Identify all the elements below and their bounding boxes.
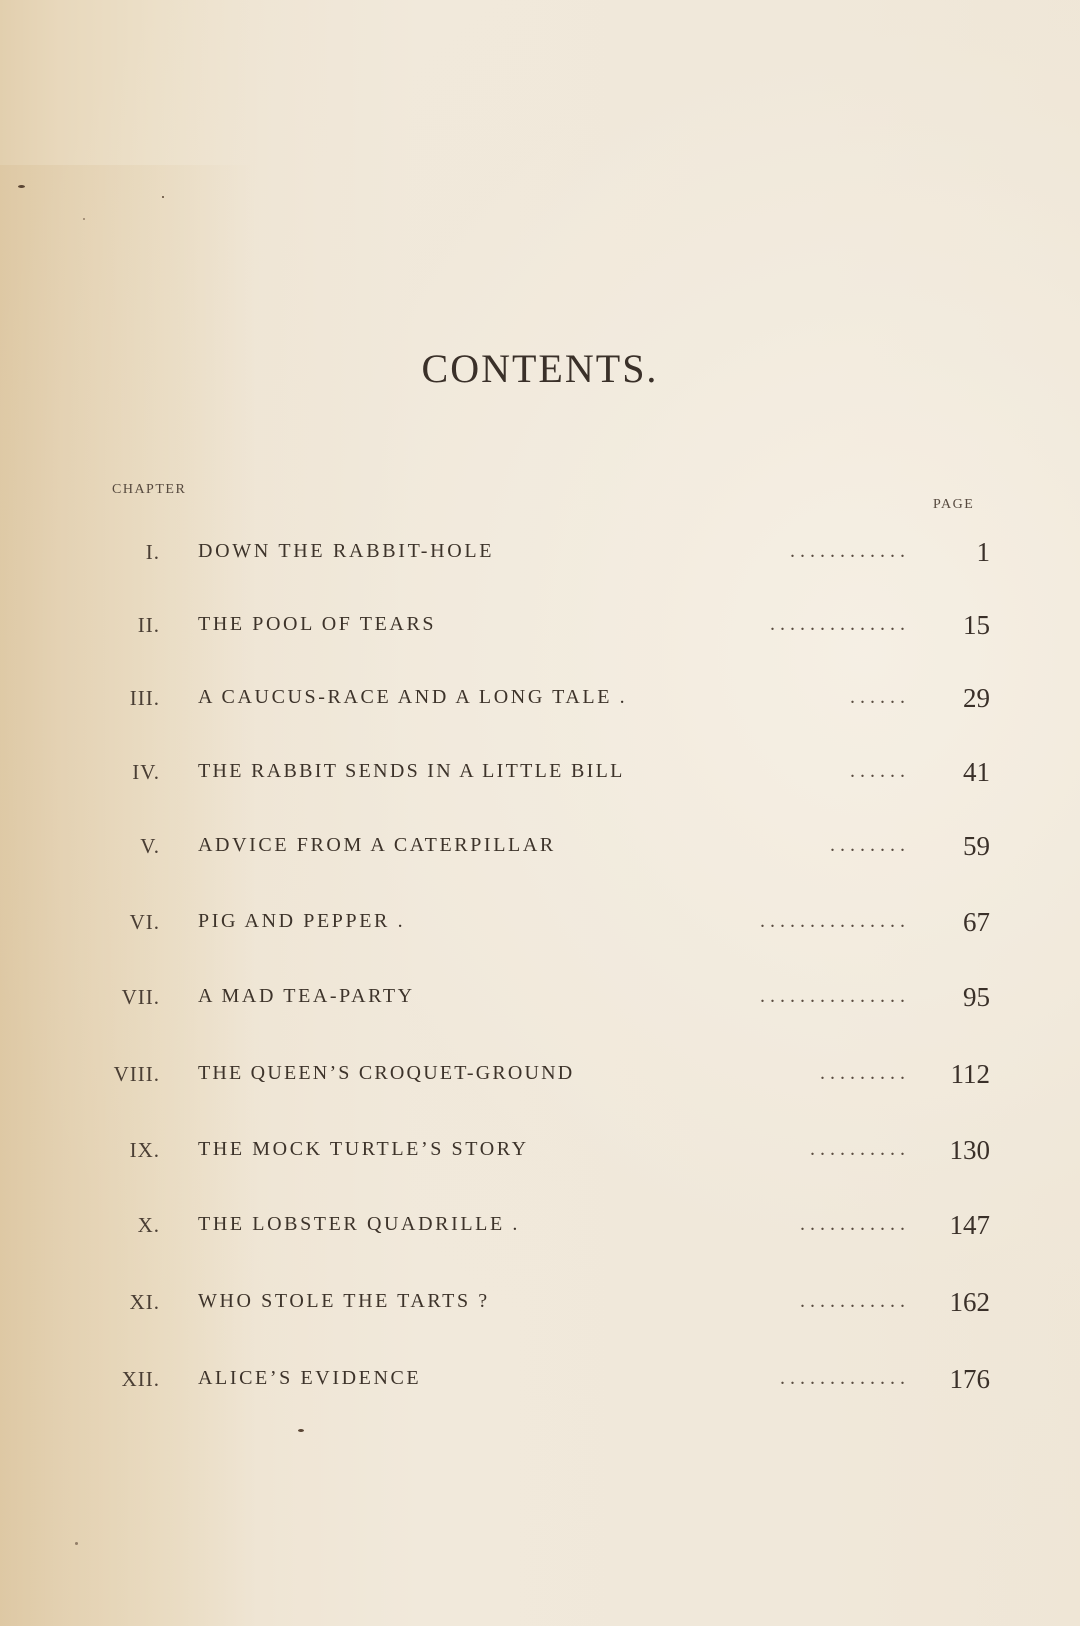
- dot-leaders: . . . . . . . . . . . . . . .: [760, 985, 905, 1008]
- page-number: 112: [951, 1059, 991, 1090]
- chapter-title: THE LOBSTER QUADRILLE .: [198, 1213, 520, 1236]
- page-number: 59: [963, 831, 990, 862]
- chapter-title: PIG AND PEPPER .: [198, 910, 405, 933]
- page-number: 95: [963, 982, 990, 1013]
- chapter-numeral: X.: [138, 1213, 160, 1238]
- page-number: 29: [963, 683, 990, 714]
- toc-entry: V. ADVICE FROM A CATERPILLAR . . . . . .…: [0, 834, 1080, 874]
- chapter-numeral: VIII.: [114, 1062, 160, 1087]
- dot-leaders: . . . . . . . . . . . . . . .: [760, 910, 905, 933]
- dot-leaders: . . . . . . . . . . .: [800, 1213, 905, 1236]
- dot-leaders: . . . . . . . . . .: [810, 1138, 905, 1161]
- page-number: 1: [977, 537, 991, 568]
- chapter-title: THE POOL OF TEARS: [198, 613, 436, 636]
- page-number: 130: [950, 1135, 991, 1166]
- chapter-numeral: II.: [138, 613, 160, 638]
- chapter-numeral: VI.: [130, 910, 160, 935]
- dot-leaders: . . . . . . . . . . . . . .: [770, 613, 905, 636]
- dot-leaders: . . . . . .: [850, 760, 905, 783]
- toc-entry: XI. WHO STOLE THE TARTS ? . . . . . . . …: [0, 1290, 1080, 1330]
- chapter-numeral: IX.: [130, 1138, 160, 1163]
- toc-entry: VI. PIG AND PEPPER . . . . . . . . . . .…: [0, 910, 1080, 950]
- toc-entry: VIII. THE QUEEN’S CROQUET-GROUND . . . .…: [0, 1062, 1080, 1102]
- toc-entry: III. A CAUCUS-RACE AND A LONG TALE . . .…: [0, 686, 1080, 726]
- chapter-numeral: I.: [146, 540, 160, 565]
- page-number: 41: [963, 757, 990, 788]
- chapter-title: DOWN THE RABBIT-HOLE: [198, 540, 494, 563]
- dot-leaders: . . . . . . . .: [830, 834, 905, 857]
- chapter-title: THE RABBIT SENDS IN A LITTLE BILL: [198, 760, 625, 783]
- chapter-title: THE QUEEN’S CROQUET-GROUND: [198, 1062, 574, 1085]
- table-of-contents: I. DOWN THE RABBIT-HOLE . . . . . . . . …: [0, 0, 1080, 1626]
- chapter-title: ALICE’S EVIDENCE: [198, 1367, 421, 1390]
- chapter-numeral: V.: [140, 834, 160, 859]
- chapter-title: ADVICE FROM A CATERPILLAR: [198, 834, 556, 857]
- chapter-numeral: XII.: [122, 1367, 160, 1392]
- toc-entry: VII. A MAD TEA-PARTY . . . . . . . . . .…: [0, 985, 1080, 1025]
- dot-leaders: . . . . . . . . . . .: [800, 1290, 905, 1313]
- chapter-numeral: III.: [130, 686, 160, 711]
- toc-entry: IX. THE MOCK TURTLE’S STORY . . . . . . …: [0, 1138, 1080, 1178]
- chapter-numeral: VII.: [122, 985, 160, 1010]
- chapter-title: THE MOCK TURTLE’S STORY: [198, 1138, 529, 1161]
- toc-entry: IV. THE RABBIT SENDS IN A LITTLE BILL . …: [0, 760, 1080, 800]
- dot-leaders: . . . . . . . . . . . .: [790, 540, 905, 563]
- toc-entry: II. THE POOL OF TEARS . . . . . . . . . …: [0, 613, 1080, 653]
- page-number: 15: [963, 610, 990, 641]
- dot-leaders: . . . . . .: [850, 686, 905, 709]
- chapter-numeral: IV.: [132, 760, 160, 785]
- page-number: 162: [950, 1287, 991, 1318]
- dot-leaders: . . . . . . . . .: [820, 1062, 905, 1085]
- toc-entry: X. THE LOBSTER QUADRILLE . . . . . . . .…: [0, 1213, 1080, 1253]
- chapter-title: A CAUCUS-RACE AND A LONG TALE .: [198, 686, 627, 709]
- chapter-numeral: XI.: [130, 1290, 160, 1315]
- page-number: 147: [950, 1210, 991, 1241]
- chapter-title: A MAD TEA-PARTY: [198, 985, 415, 1008]
- book-page: CONTENTS. CHAPTER PAGE I. DOWN THE RABBI…: [0, 0, 1080, 1626]
- dot-leaders: . . . . . . . . . . . . .: [780, 1367, 905, 1390]
- toc-entry: I. DOWN THE RABBIT-HOLE . . . . . . . . …: [0, 540, 1080, 580]
- toc-entry: XII. ALICE’S EVIDENCE . . . . . . . . . …: [0, 1367, 1080, 1407]
- page-number: 176: [950, 1364, 991, 1395]
- page-number: 67: [963, 907, 990, 938]
- chapter-title: WHO STOLE THE TARTS ?: [198, 1290, 490, 1313]
